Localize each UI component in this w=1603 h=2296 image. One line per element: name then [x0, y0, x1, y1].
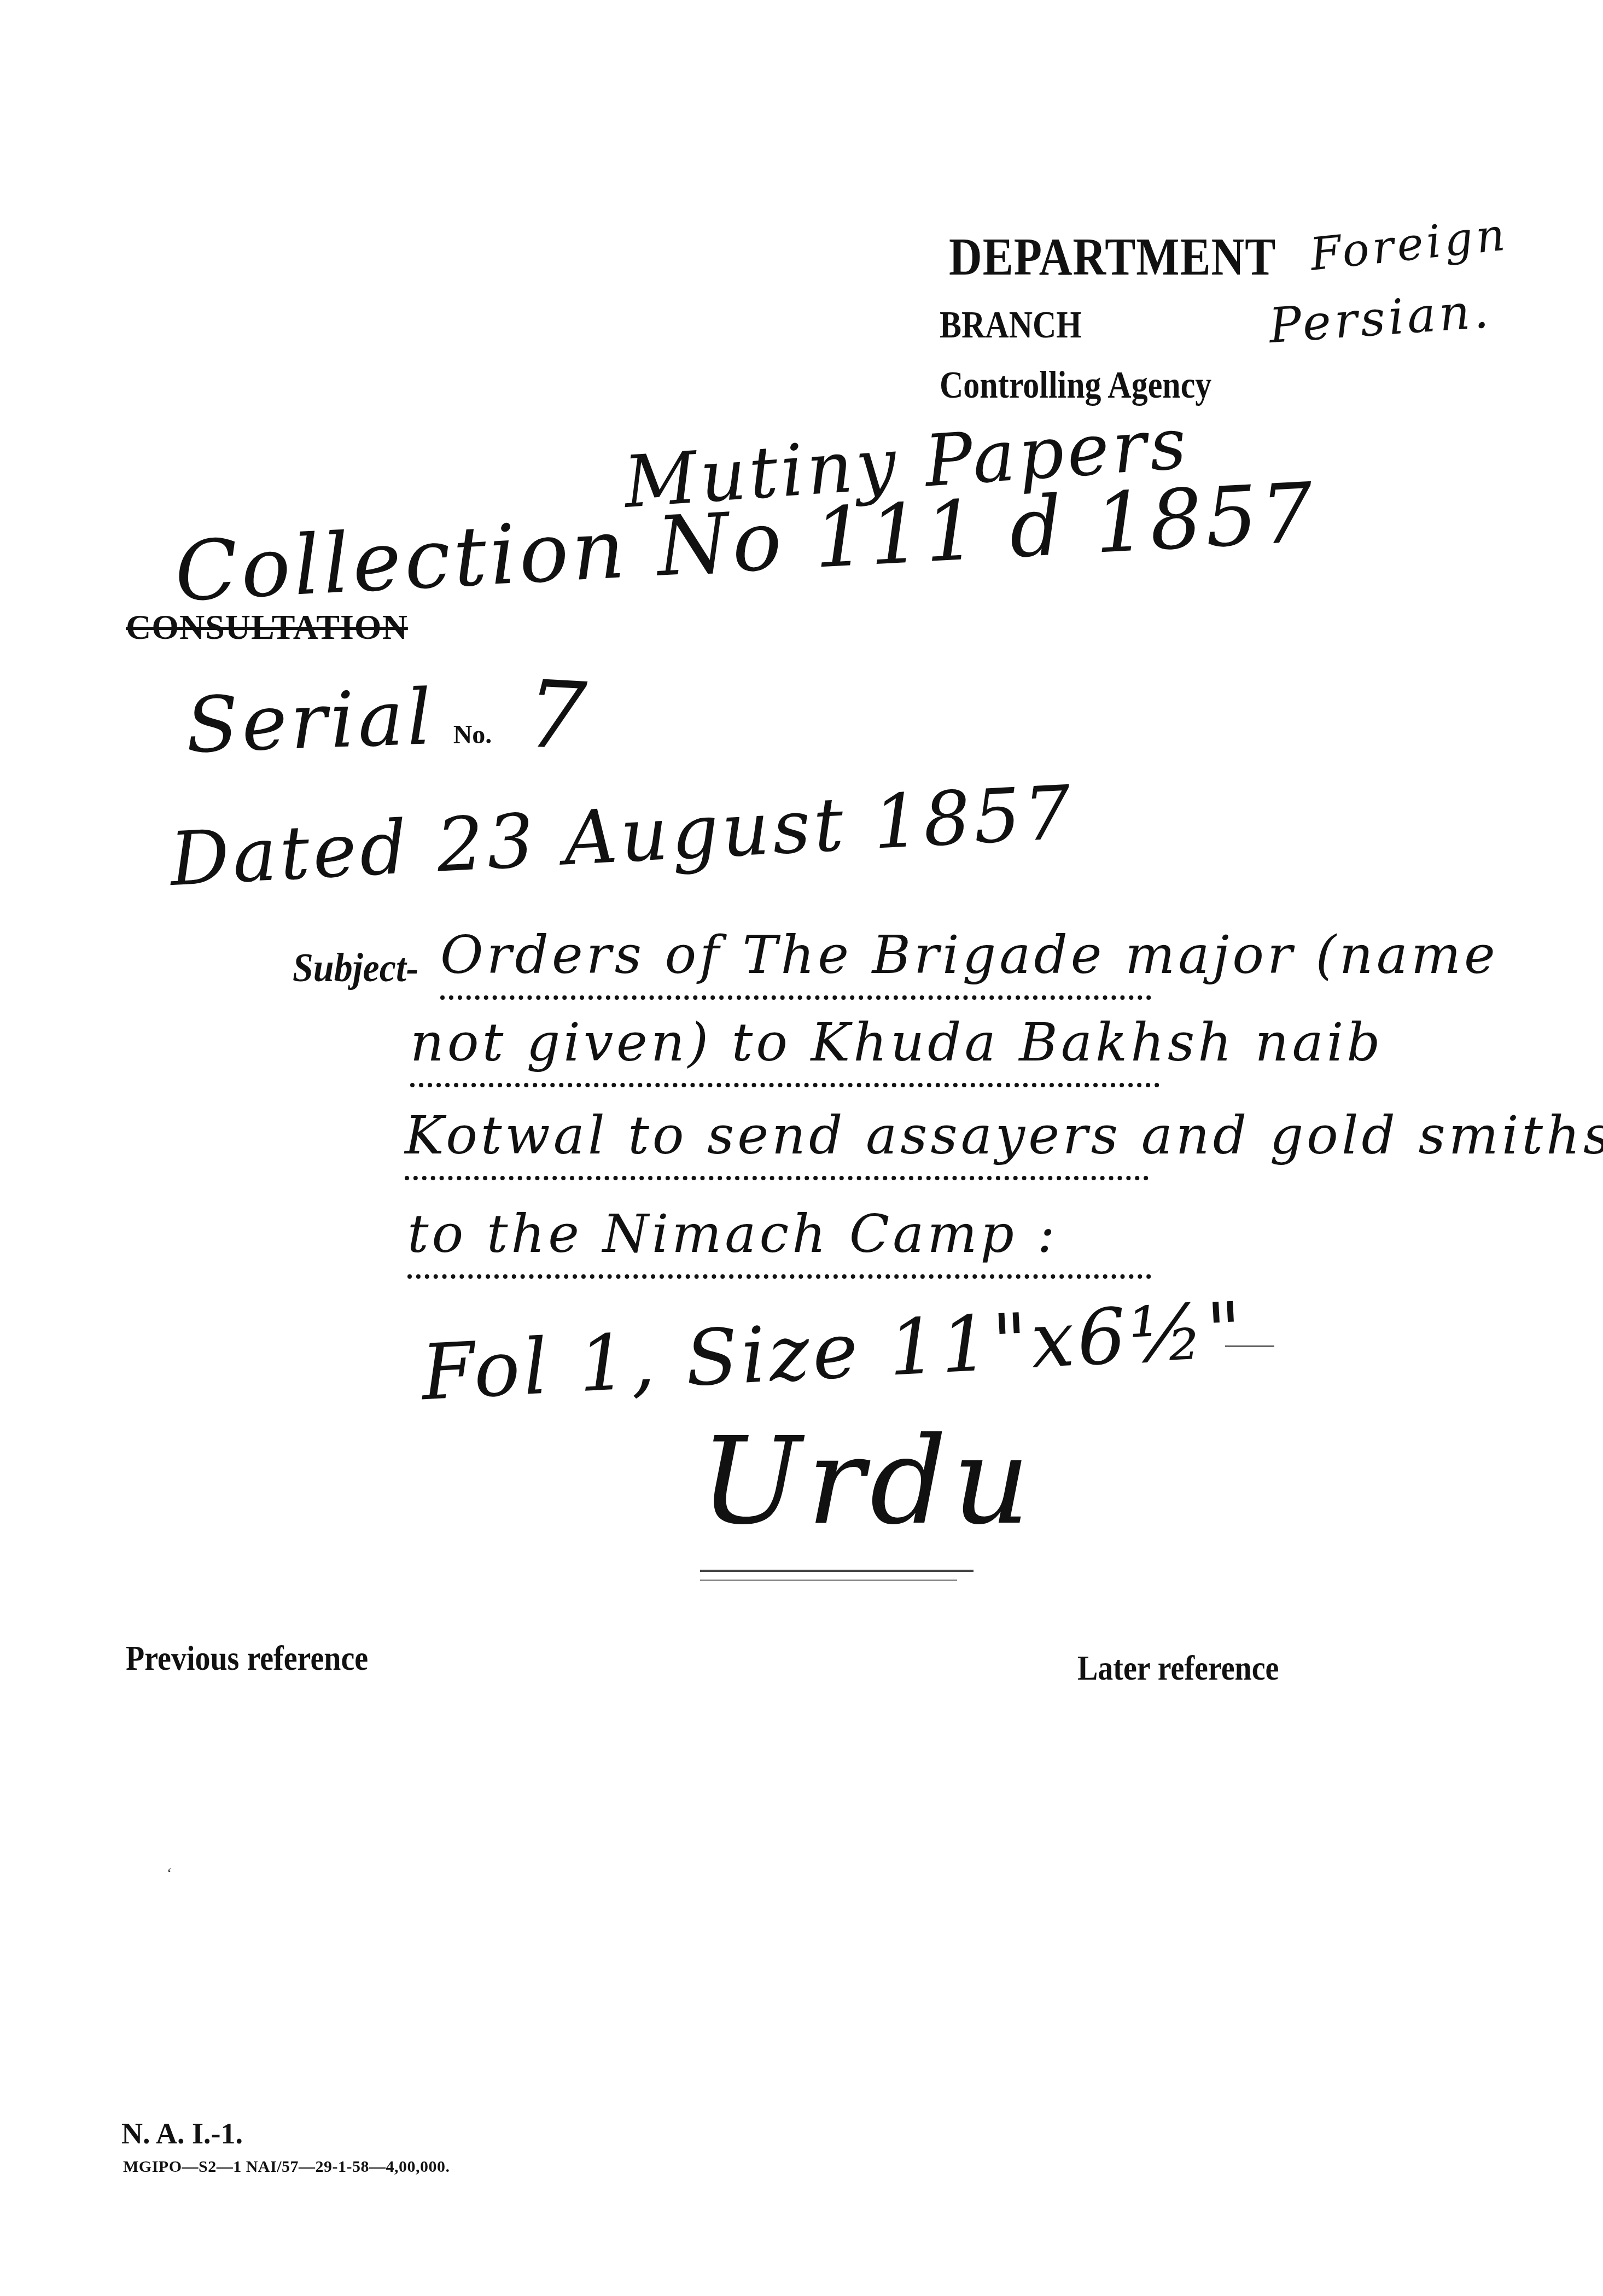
subject-dotted-rule-2	[410, 1083, 1159, 1087]
folio-size-line: Fol 1, Size 11"x6½"	[419, 1286, 1248, 1418]
branch-value: Persian.	[1267, 282, 1494, 354]
print-imprint: MGIPO—S2—1 NAI/57—29-1-58—4,00,000.	[123, 2158, 450, 2176]
language-underline	[700, 1570, 974, 1572]
branch-label: BRANCH	[940, 304, 1082, 347]
subject-line-1: Orders of The Brigade major (name	[440, 924, 1499, 986]
serial-number: 7	[524, 660, 592, 772]
serial-row: Serial No. 7	[186, 662, 590, 770]
subject-block: Subject- Orders of The Brigade major (na…	[293, 946, 1550, 989]
folio-dash-mark	[1225, 1345, 1274, 1347]
stray-ink-mark: ʻ	[167, 1865, 172, 1883]
previous-reference-label: Previous reference	[126, 1638, 368, 1679]
dated-line: Dated 23 August 1857	[168, 770, 1076, 902]
controlling-agency-label: Controlling Agency	[940, 364, 1211, 407]
department-label: DEPARTMENT	[949, 227, 1276, 288]
form-id: N. A. I.-1.	[121, 2117, 243, 2151]
subject-line-2: not given) to Khuda Bakhsh naib	[410, 1012, 1384, 1073]
department-value: Foreign	[1308, 208, 1511, 281]
later-reference-label: Later reference	[1077, 1648, 1279, 1688]
language-underline-secondary	[700, 1580, 957, 1581]
subject-dotted-rule-4	[407, 1274, 1151, 1279]
serial-no-label: No.	[453, 720, 492, 750]
subject-label: Subject-	[293, 944, 418, 992]
consultation-label: CONSULTATION	[126, 607, 408, 648]
language-value: Urdu	[700, 1411, 1035, 1551]
serial-handwritten-label: Serial	[184, 673, 436, 771]
subject-dotted-rule-3	[405, 1176, 1149, 1180]
subject-line-3: Kotwal to send assayers and gold smiths	[405, 1105, 1603, 1166]
subject-line-4: to the Nimach Camp :	[407, 1203, 1058, 1264]
subject-dotted-rule-1	[440, 995, 1151, 1000]
